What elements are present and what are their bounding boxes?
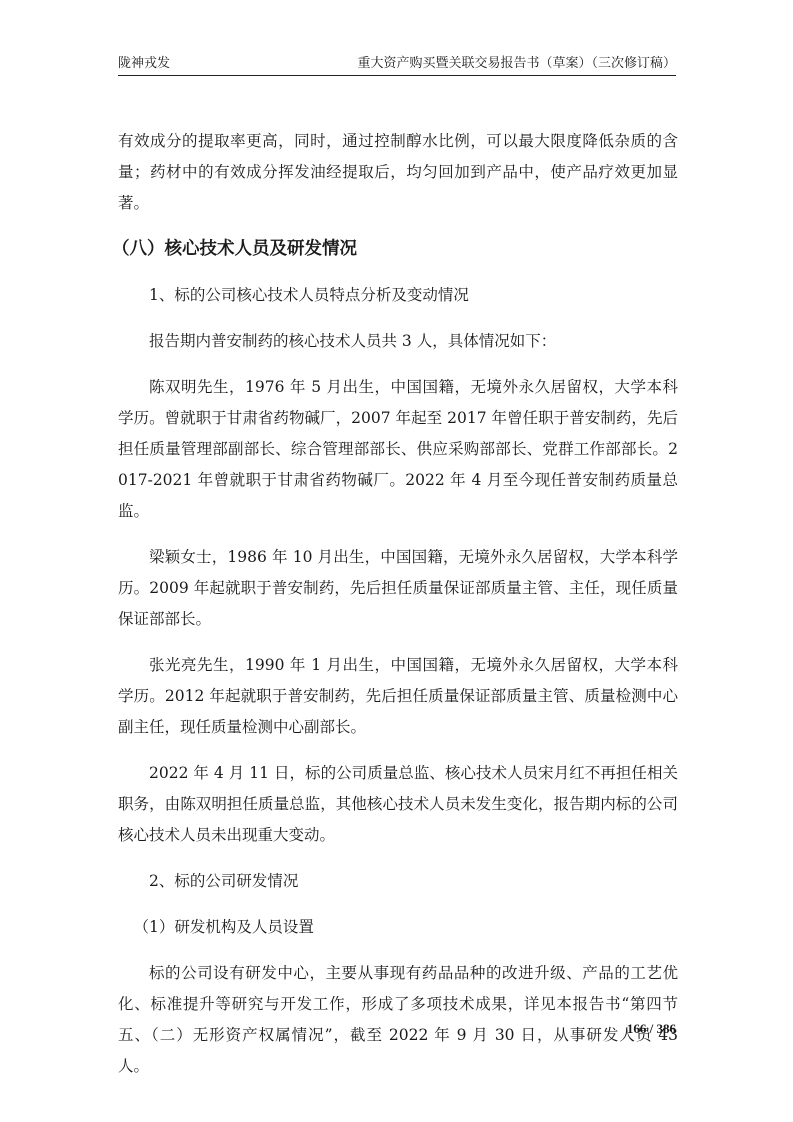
change-note: 2022 年 4 月 11 日，标的公司质量总监、核心技术人员宋月红不再担任相关… bbox=[118, 758, 678, 851]
document-title: 重大资产购买暨关联交易报告书（草案）（三次修订稿） bbox=[357, 55, 676, 73]
subsection-2-title: 2、标的公司研发情况 bbox=[118, 866, 678, 897]
staff-profile-liang: 梁颖女士，1986 年 10 月出生，中国国籍，无境外永久居留权，大学本科学历。… bbox=[118, 542, 678, 635]
page-header: 陇神戎发 重大资产购买暨关联交易报告书（草案）（三次修订稿） bbox=[118, 55, 676, 76]
staff-profile-chen: 陈双明先生，1976 年 5 月出生，中国国籍，无境外永久居留权，大学本科学历。… bbox=[118, 372, 678, 527]
subsection-2-1-title: （1）研发机构及人员设置 bbox=[118, 912, 678, 943]
rd-paragraph: 标的公司设有研发中心，主要从事现有药品品种的改进升级、产品的工艺优化、标准提升等… bbox=[118, 958, 678, 1082]
company-name: 陇神戎发 bbox=[118, 55, 170, 73]
intro-paragraph: 有效成分的提取率更高，同时，通过控制醇水比例，可以最大限度降低杂质的含量；药材中… bbox=[118, 126, 678, 219]
page-number: 166 / 386 bbox=[627, 1021, 676, 1037]
subsection-1-title: 1、标的公司核心技术人员特点分析及变动情况 bbox=[118, 280, 678, 311]
staff-summary: 报告期内普安制药的核心技术人员共 3 人，具体情况如下： bbox=[118, 326, 678, 357]
page-content: 有效成分的提取率更高，同时，通过控制醇水比例，可以最大限度降低杂质的含量；药材中… bbox=[118, 126, 678, 1082]
staff-profile-zhang: 张光亮先生，1990 年 1 月出生，中国国籍，无境外永久居留权，大学本科学历。… bbox=[118, 650, 678, 743]
section-title: （八）核心技术人员及研发情况 bbox=[112, 234, 678, 265]
